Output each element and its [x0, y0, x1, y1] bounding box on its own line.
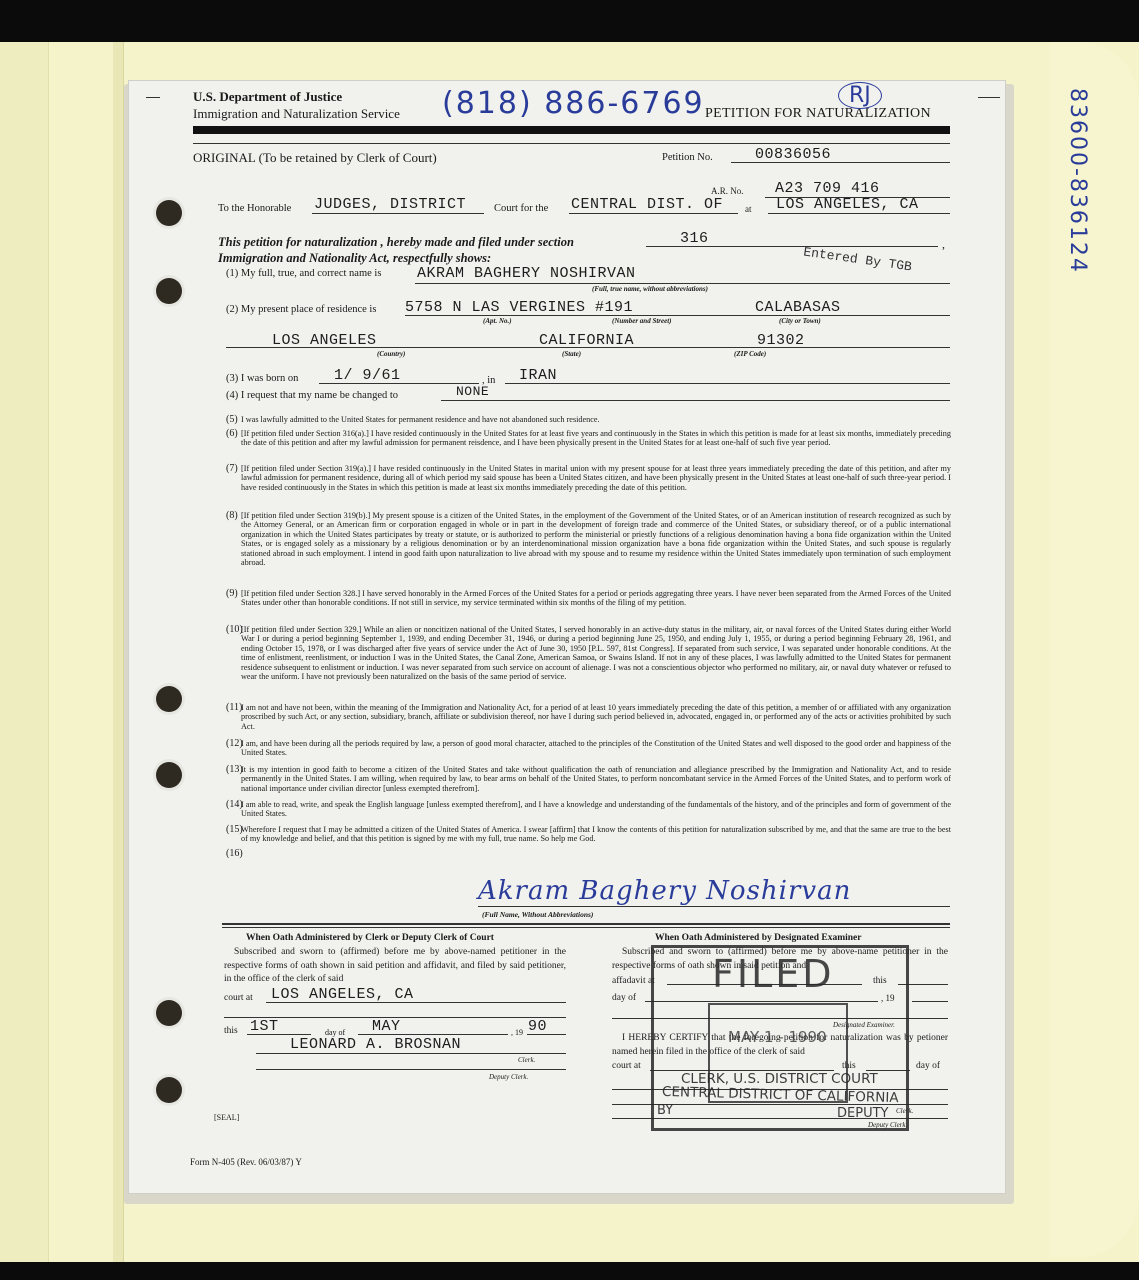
clerk-name-line [256, 1053, 566, 1054]
punch-hole [156, 686, 182, 712]
apt-caption: (Apt. No.) [483, 317, 512, 325]
examiner-year-line [912, 1001, 948, 1002]
punch-hole [156, 200, 182, 226]
margin-mark [978, 97, 1000, 98]
location-value: LOS ANGELES, CA [776, 196, 919, 213]
handwritten-phone: (818) 886-6769 [442, 86, 705, 121]
intro-comma: , [942, 237, 945, 252]
punch-hole [156, 1000, 182, 1026]
filed-stamp-date: MAY 1 - 1990 [728, 1028, 827, 1046]
name-label: (1) My full, true, and correct name is [226, 268, 381, 279]
filed-stamp-deputy: DEPUTY [837, 1106, 888, 1121]
header-thick-rule [193, 126, 950, 134]
clerk-oath-title: When Oath Administered by Clerk or Deput… [246, 933, 494, 943]
clerk-court-at-label: court at [224, 993, 253, 1003]
punch-hole [156, 278, 182, 304]
examiner-day-of-label: day of [612, 993, 636, 1003]
name-change-line [441, 400, 950, 401]
zip-caption: (ZIP Code) [734, 350, 766, 358]
punch-hole [156, 1077, 182, 1103]
paragraph-10: (10)[If petition filed under Section 329… [226, 625, 951, 681]
name-value: AKRAM BAGHERY NOSHIRVAN [417, 265, 636, 282]
folder-back-flap [0, 42, 49, 1262]
agency-name: U.S. Department of Justice [193, 89, 342, 105]
clerk-month-value: MAY [372, 1018, 401, 1035]
original-note: ORIGINAL (To be retained by Clerk of Cou… [193, 150, 437, 166]
born-place-line [505, 383, 950, 384]
ar-no-value: A23 709 416 [775, 180, 880, 197]
deputy-clerk-caption: Deputy Clerk. [489, 1073, 528, 1081]
paragraph-7: (7)[If petition filed under Section 319(… [226, 464, 951, 492]
form-title: PETITION FOR NATURALIZATION [705, 106, 931, 122]
at-label: at [745, 204, 752, 214]
name-line [415, 283, 950, 284]
judges-line [312, 213, 484, 214]
zip-value: 91302 [757, 332, 805, 349]
name-change-value: NONE [456, 384, 489, 399]
name-caption: (Full, true name, without abbreviations) [592, 285, 708, 293]
born-place-value: IRAN [519, 367, 557, 384]
paragraph-14: (14)I am able to read, write, and speak … [226, 800, 951, 819]
certify-court-at-label: court at [612, 1061, 641, 1071]
paragraph-12: (12)I am, and have been during all the p… [226, 739, 951, 758]
filed-stamp-title: FILED [712, 952, 835, 996]
section-value: 316 [680, 230, 709, 247]
clerk-caption: Clerk. [518, 1056, 535, 1064]
seal-label: [SEAL] [214, 1113, 239, 1122]
margin-mark [146, 97, 160, 98]
born-date-value: 1/ 9/61 [334, 367, 401, 384]
residence-label: (2) My present place of residence is [226, 304, 376, 315]
clerk-year-value: 90 [528, 1018, 547, 1035]
service-name: Immigration and Naturalization Service [193, 106, 400, 122]
location-line [768, 213, 950, 214]
paragraph-6: (6)[If petition filed under Section 316(… [226, 429, 951, 448]
city-value: CALABASAS [755, 299, 841, 316]
clerk-year-prefix: , 19 [511, 1028, 523, 1037]
examiner-affidavit-label: affadavit at [612, 976, 655, 986]
petitioner-signature: Akram Baghery Noshirvan [478, 876, 851, 906]
petition-no-value: 00836056 [755, 146, 831, 163]
clerk-day-value: 1ST [250, 1018, 279, 1035]
clerk-name-value: LEONARD A. BROSNAN [290, 1036, 461, 1053]
judges-value: JUDGES, DISTRICT [314, 196, 466, 213]
clerk-this-label: this [224, 1026, 238, 1036]
paragraph-5: (5)I was lawfully admitted to the United… [226, 415, 951, 424]
court-for-label: Court for the [494, 203, 548, 214]
city-caption: (City or Town) [779, 317, 821, 325]
section-divider [222, 923, 950, 925]
clerk-oath-text: Subscribed and sworn to (affirmed) befor… [224, 946, 566, 987]
state-caption: (State) [562, 350, 581, 358]
paragraph-13: (13)It is my intention in good faith to … [226, 765, 951, 793]
street-caption: (Number and Street) [612, 317, 672, 325]
street-value: 5758 N LAS VERGINES #191 [405, 299, 633, 316]
district-line [569, 213, 738, 214]
name-change-label: (4) I request that my name be changed to [226, 390, 398, 401]
paragraph-11: (11)I am not and have not been, within t… [226, 703, 951, 731]
county-value: LOS ANGELES [272, 332, 377, 349]
born-label: (3) I was born on [226, 373, 298, 384]
folder-tab-number: 83600-836124 [1060, 88, 1090, 298]
handwritten-initials: RJ [838, 82, 882, 109]
intro-line-1: This petition for naturalization , hereb… [218, 235, 574, 250]
deputy-clerk-line [256, 1069, 566, 1070]
intro-line-2: Immigration and Nationality Act, respect… [218, 251, 491, 266]
signature-line [478, 906, 950, 907]
district-value: CENTRAL DIST. OF [571, 196, 723, 213]
examiner-oath-title: When Oath Administered by Designated Exa… [655, 933, 861, 943]
clerk-court-at-value: LOS ANGELES, CA [271, 986, 414, 1003]
paragraph-9: (9)[If petition filed under Section 328.… [226, 589, 951, 608]
certify-day-of-label: day of [916, 1061, 940, 1071]
to-honorable-label: To the Honorable [218, 203, 291, 214]
punch-hole [156, 762, 182, 788]
state-value: CALIFORNIA [539, 332, 634, 349]
section-divider [222, 927, 950, 928]
paragraph-8: (8)[If petition filed under Section 319(… [226, 511, 951, 567]
filed-stamp-by: BY [657, 1103, 673, 1118]
country-caption: (Country) [377, 350, 405, 358]
folder-crease [113, 42, 124, 1262]
signature-caption: (Full Name, Without Abbreviations) [482, 910, 593, 919]
header-thin-rule [193, 143, 950, 144]
form-id: Form N-405 (Rev. 06/03/87) Y [190, 1157, 302, 1167]
petition-no-label: Petition No. [662, 152, 713, 163]
paragraph-15: (15)Wherefore I request that I may be ad… [226, 825, 951, 844]
ar-no-label: A.R. No. [711, 186, 744, 196]
